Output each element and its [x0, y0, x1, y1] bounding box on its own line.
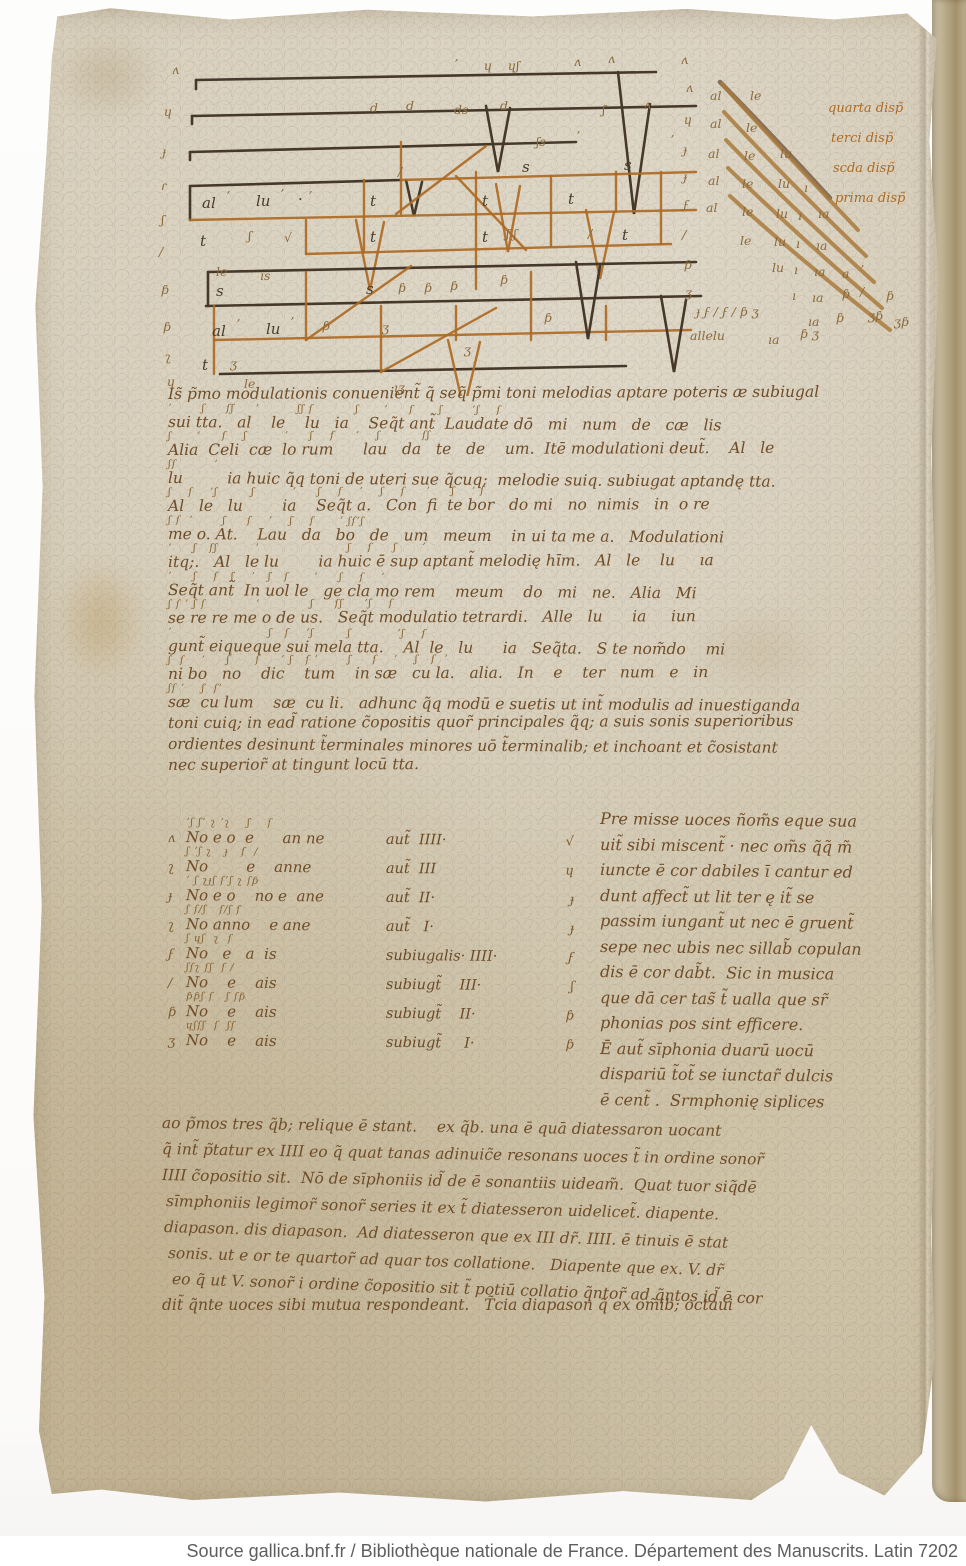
svg-text:ƥ: ƥ	[500, 272, 508, 287]
svg-text:t: t	[202, 356, 209, 374]
svg-text:t: t	[200, 232, 207, 250]
svg-text:ʃ: ʃ	[599, 102, 608, 117]
tone-label: subiugalis· IIII·	[386, 948, 538, 965]
text-line: ʼ ʃ ſʃ ʼ ʃ ſ ʃ ʼ itq;. Al le lu ia huic …	[168, 540, 936, 571]
svg-text:ıa: ıa	[818, 206, 829, 221]
svg-text:ɟ: ɟ	[159, 144, 167, 159]
svg-text:le: le	[744, 148, 755, 163]
text-row: se re re me o de us. Seq̃t modulatio tet…	[168, 607, 936, 627]
text-line: phonias pos sint efficere.	[600, 1010, 938, 1039]
svg-text:al: al	[706, 200, 717, 215]
text-row: Alia Celi cæ lo rum lau da te de um. Itē…	[168, 439, 936, 459]
svg-text:le: le	[746, 120, 757, 135]
svg-text:ʒ: ʒ	[381, 320, 390, 335]
text-line: iuncte ē cor dabiles ī cantur ed	[600, 857, 938, 886]
svg-text:ı: ı	[794, 262, 798, 277]
dasia-sign: ƥ	[168, 1005, 186, 1020]
dasia-sign: ɟ	[538, 892, 578, 907]
text-line: Pre misse uoces ñom̃s eque sua	[600, 806, 938, 835]
text-line: sepe nec ubis nec sillab̃ copulan	[600, 934, 938, 963]
svg-text:terci disp̃: terci disp̃	[831, 131, 894, 146]
table-row: ʃ ſ/ʃ ſ/ʃ ſ ʅ No anno e ane aut̃ I· ɟ	[168, 905, 578, 937]
text-line: nec superior̃ at tingunt locū tta.	[168, 750, 936, 774]
svg-text:ıa: ıa	[814, 264, 825, 279]
svg-text:prima disp̃: prima disp̃	[835, 191, 906, 206]
svg-text:t: t	[370, 192, 377, 210]
svg-text:ʼ: ʼ	[860, 262, 864, 277]
text-row: toni cuiq; in ead̃ ratione c̃opositis qu…	[168, 712, 936, 732]
svg-text:t: t	[370, 228, 377, 246]
svg-text:le: le	[216, 264, 227, 279]
text-line: ʃ ſ ʼ ʃ ſ ʼ ʃ ſʃ ʼʃ ſ se re re me o de u…	[168, 596, 936, 627]
svg-text:ıa: ıa	[812, 290, 823, 305]
svg-text:al: al	[708, 146, 719, 161]
svg-text:ds: ds	[454, 102, 468, 117]
text-row: Is̃ p̃mo modulationis conuenient̃ q̃ seq…	[168, 383, 936, 403]
text-row: Al le lu ia Seq̃t a. Con fi te bor do mi…	[168, 495, 936, 515]
svg-text:lu: lu	[776, 206, 788, 221]
text-line: dis ē cor dab̃t. Sic in musica	[600, 959, 938, 988]
adjacent-page-edge	[932, 0, 966, 1502]
svg-text:lu: lu	[778, 176, 790, 191]
noeane-syllables: No e ais	[186, 1031, 386, 1051]
table-row: ʼʃ ʃʼ ʅ ʼʅ ʃ ſ ʌ No e o e an ne aut̃ III…	[168, 818, 578, 850]
svg-text:lu: lu	[266, 320, 280, 338]
text-line: que dā cer tas̃ t̃ ualla que sr̃	[600, 985, 938, 1014]
dasia-sign: ʅ	[168, 860, 186, 875]
source-attribution: Source gallica.bnf.fr / Bibliothèque nat…	[187, 1541, 966, 1562]
svg-text:/: /	[681, 227, 688, 242]
svg-text:ı: ı	[804, 180, 808, 195]
svg-text:ƥ: ƥ	[161, 282, 169, 297]
svg-text:ʃ: ʃ	[245, 228, 254, 243]
text-row: nec superior̃ at tingunt locū tta.	[168, 754, 936, 774]
svg-text:s: s	[624, 156, 632, 174]
svg-text:ʼ: ʼ	[454, 56, 458, 71]
svg-text:al: al	[710, 88, 721, 103]
svg-text:d: d	[370, 100, 378, 115]
dasia-sign: ɟ	[168, 889, 186, 904]
noeane-syllables: No e o e an ne	[186, 828, 386, 848]
svg-text:d: d	[500, 98, 508, 113]
table-row: ʃ ɥʃ ʅ ſ ϝ No e a is subiugalis· IIII· ϝ	[168, 934, 578, 966]
svg-text:a: a	[842, 266, 849, 281]
dasia-sign: ʃ	[538, 979, 578, 994]
table-row: ɥʃſʃ ſ ʃſ ʒ No e ais subiugt̃ I· ƥ	[168, 1021, 578, 1053]
svg-text:scda disp̃: scda disp̃	[833, 161, 895, 176]
main-text-block: Is̃ p̃mo modulationis conuenient̃ q̃ seq…	[168, 382, 936, 774]
svg-text:le: le	[740, 233, 751, 248]
svg-text:ʒƥ: ʒƥ	[893, 314, 909, 329]
tone-label: subiugt̃ III·	[386, 977, 538, 994]
svg-text:ɟ: ɟ	[680, 142, 688, 157]
svg-text:ƥ: ƥ	[450, 278, 458, 293]
text-line: dispariū t̃ot̃ se iunctar̃ dulcis	[600, 1061, 938, 1090]
svg-text:ƥ: ƥ	[544, 310, 552, 325]
dasia-sign: /	[168, 976, 186, 991]
svg-text:le: le	[750, 88, 761, 103]
noeane-syllables: No e a is	[186, 944, 386, 964]
parchment-stain	[46, 546, 156, 696]
svg-text:ƥ: ƥ	[163, 319, 171, 334]
svg-text:lu: lu	[256, 192, 270, 210]
svg-text:ıa: ıa	[816, 238, 827, 253]
text-line: passim iungant̃ ut nec ē gruent̃	[600, 908, 938, 937]
svg-text:ƥ: ƥ	[322, 318, 330, 333]
noeane-syllables: No e o no e ane	[186, 886, 386, 906]
tone-label: subiugt̃ II·	[386, 1006, 538, 1023]
svg-text:ʼ: ʼ	[308, 188, 312, 203]
svg-text:ʃ: ʃ	[158, 212, 167, 227]
svg-text:ƥ: ƥ	[836, 310, 844, 325]
noeane-syllables: No e ais	[186, 1002, 386, 1022]
svg-text:ʌ: ʌ	[686, 80, 693, 95]
svg-text:ƥ: ƥ	[424, 280, 432, 295]
theory-column: Pre misse uoces ñom̃s eque sua uit̃ sibi…	[600, 806, 938, 1112]
dasia-sign: √	[538, 834, 578, 849]
svg-text:·: ·	[298, 190, 303, 208]
svg-text:ʒ: ʒ	[684, 285, 693, 300]
svg-text:ʌ: ʌ	[644, 97, 651, 112]
svg-text:ʼ: ʼ	[290, 314, 294, 329]
svg-text:ʼ: ʼ	[280, 186, 284, 201]
dasia-sign: ʒ	[168, 1034, 186, 1049]
text-line: toni cuiq; in ead̃ ratione c̃opositis qu…	[168, 708, 936, 732]
svg-text:t: t	[568, 190, 575, 208]
dasia-sign: ɟ	[538, 921, 578, 936]
svg-text:al: al	[710, 116, 721, 131]
svg-text:al: al	[212, 322, 226, 340]
svg-text:al: al	[708, 173, 719, 188]
svg-text:ɾ: ɾ	[161, 178, 167, 193]
svg-text:ϝ: ϝ	[680, 197, 690, 212]
svg-text:ɥ: ɥ	[164, 104, 172, 119]
svg-text:ʃs: ʃs	[533, 134, 546, 149]
dispositio-diagram: ʌɥɟɟϝ/ƥʒallealleallelualleluıalleluııale…	[680, 68, 932, 352]
svg-text:ƥ: ƥ	[684, 257, 692, 272]
svg-text:ıa: ıa	[768, 332, 779, 347]
svg-text:t: t	[622, 226, 629, 244]
svg-text:le: le	[742, 204, 753, 219]
svg-text:ı: ı	[798, 208, 802, 223]
dasia-lattice-diagram: ʌɥɟɾʃ/ƥƥʅɥʼɥɥʃʌʌʌdddsdʃsʼʃʌʼssalʼluʼ·ʼtt…	[156, 54, 704, 396]
text-line: ʃ ʼ ſ ʃ ʼ ʃ ſ ʼ ʃ ſʃ Alia Celi cæ lo rum…	[168, 428, 936, 459]
svg-text:/: /	[397, 164, 404, 179]
text-row: ni bo no dic tum in sæ cu la. alia. In e…	[168, 663, 936, 683]
svg-text:s: s	[366, 280, 374, 298]
svg-text:ɥ: ɥ	[684, 112, 692, 127]
text-row: itq;. Al le lu ia huic ē sup aptant̃ mel…	[168, 551, 936, 571]
svg-text:ɥ: ɥ	[484, 58, 492, 73]
svg-text:ƥ: ƥ	[886, 288, 894, 303]
svg-text:s: s	[216, 282, 224, 300]
table-row: ƥƥʃ ſ ʃ ſƥ ƥ No e ais subiugt̃ II· ƥ	[168, 992, 578, 1024]
text-line: Ē aut̃ sīphonia duarū uocū	[600, 1036, 938, 1065]
dasia-sign: ϝ	[538, 950, 578, 965]
svg-text:ʼ: ʼ	[226, 188, 230, 203]
dasia-sign: ϝ	[168, 947, 186, 962]
svg-text:ı: ı	[792, 288, 796, 303]
svg-text:ɟ ϝ / ϝ / ƥ ʒ: ɟ ϝ / ϝ / ƥ ʒ	[693, 304, 760, 319]
svg-text:ı: ı	[796, 236, 800, 251]
svg-text:lu: lu	[780, 146, 792, 161]
dasia-sign: ɥ	[538, 863, 578, 878]
svg-text:ʒƥ: ʒƥ	[867, 308, 883, 323]
svg-text:ʒ: ʒ	[463, 342, 472, 357]
text-line: ʃ ſ ʼ ʃ ſ ʼ ʃ ſ ʼ ʃ ſ ʼ ʃ ſ ʼ ni bo no d…	[168, 652, 936, 683]
tone-label: aut̃ III	[386, 861, 538, 878]
tone-label: aut̃ II·	[386, 890, 538, 907]
svg-text:ʌ: ʌ	[574, 54, 581, 69]
dispositio-letters: ʌɥɟɟϝ/ƥʒallealleallelualleluıalleluııale…	[680, 80, 909, 347]
svg-text:ıs: ıs	[260, 268, 270, 283]
tone-label: aut̃ IIII·	[386, 832, 538, 849]
manuscript-page: ʌɥɟɾʃ/ƥƥʅɥʼɥɥʃʌʌʌdddsdʃsʼʃʌʼssalʼluʼ·ʼtt…	[28, 6, 944, 1506]
text-line: Is̃ p̃mo modulationis conuenient̃ q̃ seq…	[168, 379, 936, 403]
noeane-syllables: No anno e ane	[186, 915, 386, 935]
bottom-text-block: ao p̃mos tres q̃b; relique ē stant. ex q…	[162, 1110, 944, 1318]
svg-text:quarta disp̃: quarta disp̃	[828, 101, 904, 116]
dasia-sign: ʌ	[168, 831, 186, 846]
svg-text:ʒ: ʒ	[229, 356, 238, 371]
svg-text:ʼ: ʼ	[236, 316, 240, 331]
svg-text:ʅ: ʅ	[165, 349, 171, 364]
svg-text:lu: lu	[774, 234, 786, 249]
svg-text:ʌ: ʌ	[681, 54, 688, 67]
lattice-letters: ʌɥɟɾʃ/ƥƥʅɥʼɥɥʃʌʌʌdddsdʃsʼʃʌʼssalʼluʼ·ʼtt…	[158, 54, 688, 395]
svg-text:allelu: allelu	[690, 328, 725, 343]
text-line: ʃ ſ ʼʃ ʃ ʼ ʃ ſ ʼ ʃ ſ ʼ ʃ ʼ ſ Al le lu ia…	[168, 484, 936, 515]
svg-text:√: √	[284, 230, 292, 245]
table-row: ʃ ʼʃ ʅ ɟ ſ / ʅ No e anne aut̃ III ɥ	[168, 847, 578, 879]
table-row: ʃſʅ ſʃ ſ / / No e ais subiugt̃ III· ʃ	[168, 963, 578, 995]
tone-label: aut̃ I·	[386, 919, 538, 936]
svg-text:le: le	[742, 176, 753, 191]
dasia-sign: ƥ	[538, 1008, 578, 1023]
svg-text:ʌ: ʌ	[172, 62, 179, 77]
text-line: dunt affect̃ ut lit ter ę it̃ se	[600, 883, 938, 912]
svg-text:ʼ: ʼ	[670, 132, 674, 147]
svg-text:ʌ: ʌ	[608, 54, 615, 66]
svg-text:ƥ ʒ: ƥ ʒ	[800, 326, 820, 341]
dasia-sign: ʅ	[168, 918, 186, 933]
svg-text:/: /	[158, 244, 165, 259]
svg-text:ɥʃ: ɥʃ	[508, 58, 522, 73]
svg-text:s: s	[522, 158, 530, 176]
svg-text:al: al	[202, 194, 216, 212]
gallica-source-bar: Source gallica.bnf.fr / Bibliothèque nat…	[0, 1536, 966, 1566]
noeane-syllables: No e anne	[186, 857, 386, 877]
svg-text:ƥ: ƥ	[842, 286, 850, 301]
noeane-table: ʼʃ ʃʼ ʅ ʼʅ ʃ ſ ʌ No e o e an ne aut̃ III…	[168, 818, 578, 1050]
svg-text:ʼ: ʼ	[576, 128, 580, 143]
tone-label: subiugt̃ I·	[386, 1035, 538, 1052]
svg-text:lu: lu	[772, 260, 784, 275]
table-row: ʼ ʃ ʅɟʃ ſʼʃ ʅ ſƥ ɟ No e o no e ane aut̃ …	[168, 876, 578, 908]
svg-text:t: t	[482, 228, 489, 246]
text-line: uit̃ sibi miscent̃ · nec om̃s q̃q̃ m̃	[600, 832, 938, 861]
noeane-syllables: No e ais	[186, 973, 386, 993]
svg-text:d: d	[406, 98, 414, 113]
svg-text:ƥ: ƥ	[398, 280, 406, 295]
svg-text:ɟ: ɟ	[680, 169, 688, 184]
dasia-sign: ƥ	[538, 1037, 578, 1052]
svg-text:t: t	[482, 192, 489, 210]
